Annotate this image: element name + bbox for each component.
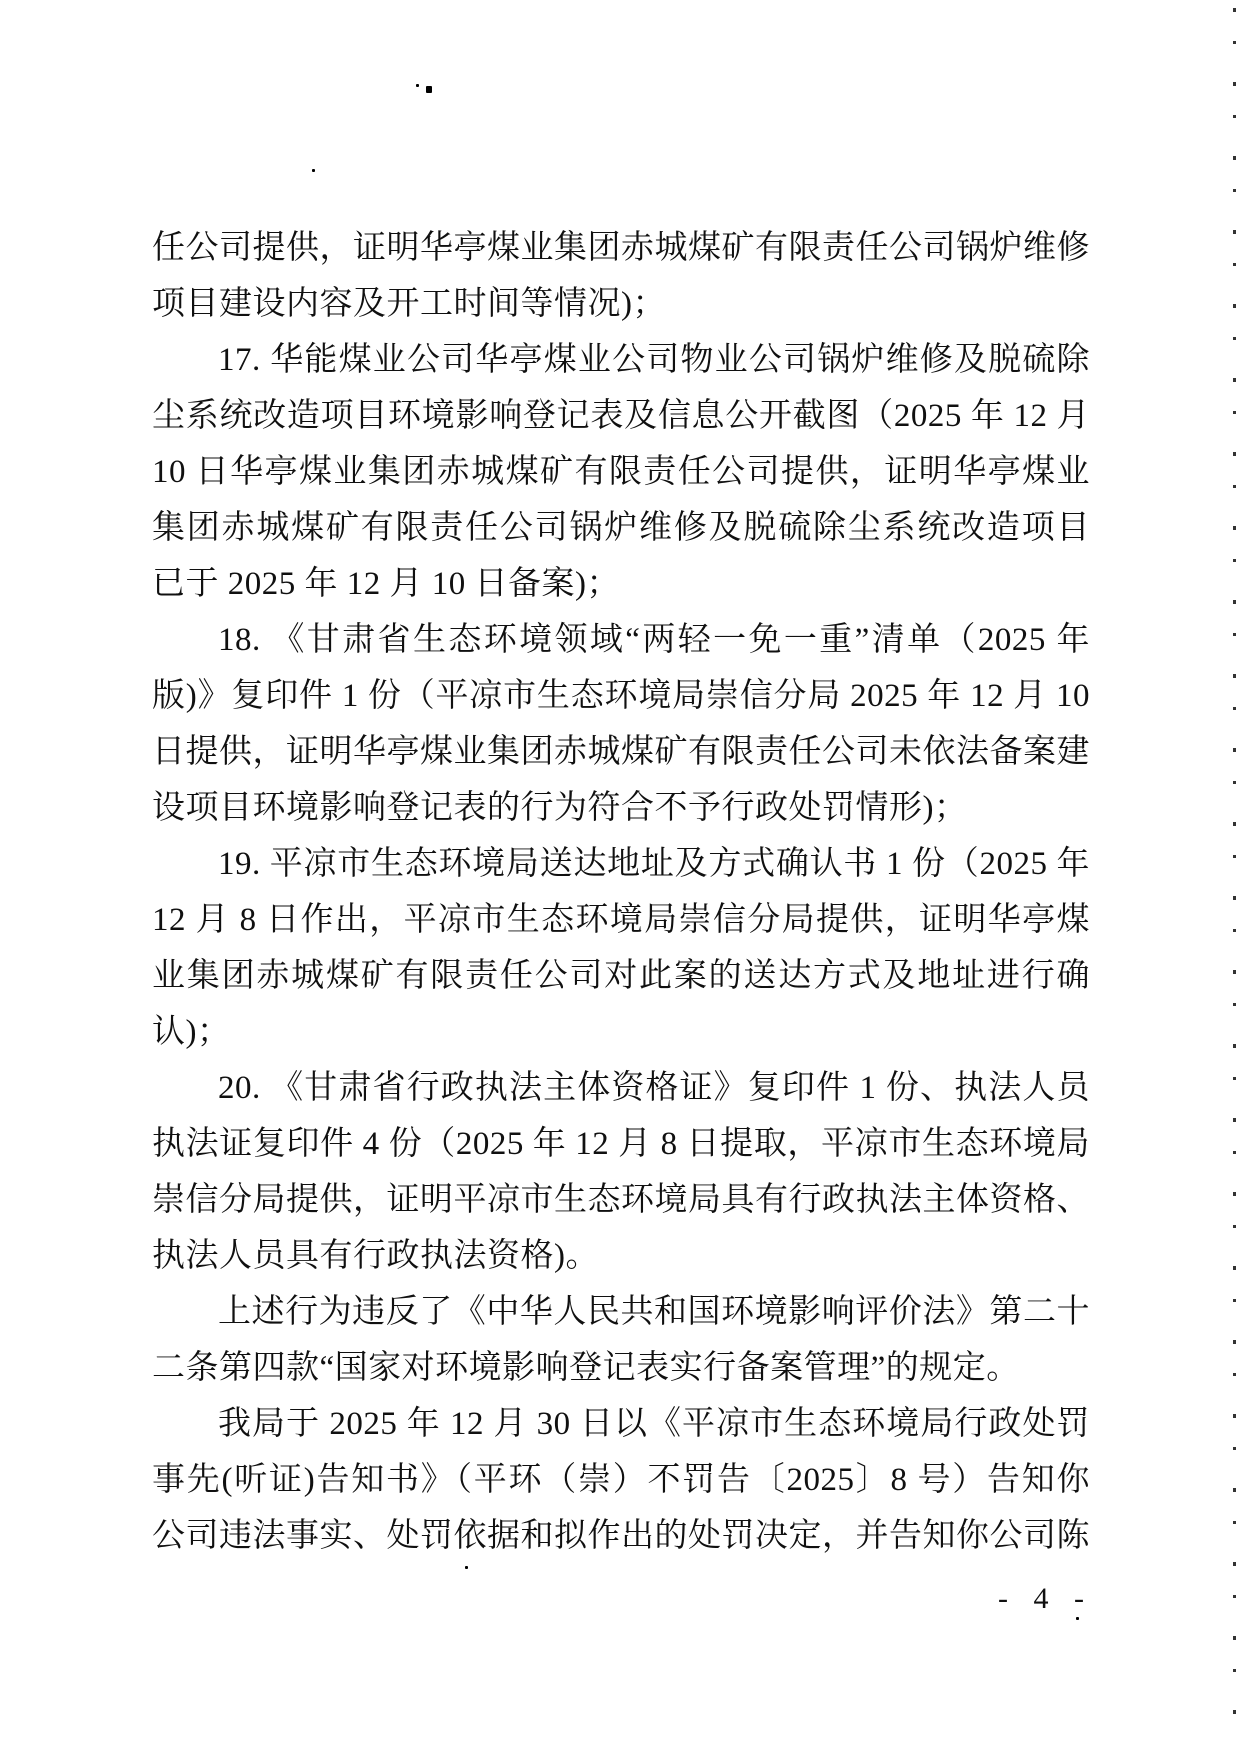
text-line: 崇信分局提供，证明平凉市生态环境局具有行政执法主体资格、	[152, 1172, 1090, 1228]
text-line: 已于 2025 年 12 月 10 日备案)；	[152, 556, 1090, 612]
text-line: 执法人员具有行政执法资格)。	[152, 1228, 1090, 1284]
scan-speckle	[465, 1566, 468, 1569]
paragraph: 19. 平凉市生态环境局送达地址及方式确认书 1 份（2025 年12 月 8 …	[152, 836, 1090, 1060]
scan-speckle	[1076, 1617, 1079, 1620]
paragraph: 上述行为违反了《中华人民共和国环境影响评价法》第二十二条第四款“国家对环境影响登…	[152, 1284, 1090, 1396]
scan-speckle	[312, 169, 315, 172]
text-line: 公司违法事实、处罚依据和拟作出的处罚决定，并告知你公司陈	[152, 1508, 1090, 1564]
text-line: 业集团赤城煤矿有限责任公司对此案的送达方式及地址进行确	[152, 948, 1090, 1004]
page-number: - 4 -	[998, 1582, 1093, 1616]
text-line: 12 月 8 日作出，平凉市生态环境局崇信分局提供，证明华亭煤	[152, 892, 1090, 948]
text-line: 项目建设内容及开工时间等情况)；	[152, 276, 1090, 332]
text-line: 19. 平凉市生态环境局送达地址及方式确认书 1 份（2025 年	[152, 836, 1090, 892]
paragraph: 任公司提供，证明华亭煤业集团赤城煤矿有限责任公司锅炉维修项目建设内容及开工时间等…	[152, 220, 1090, 332]
scan-speckle	[426, 86, 432, 93]
scan-edge-artifact	[1233, 8, 1236, 1720]
paragraph: 17. 华能煤业公司华亭煤业公司物业公司锅炉维修及脱硫除尘系统改造项目环境影响登…	[152, 332, 1090, 612]
text-line: 二条第四款“国家对环境影响登记表实行备案管理”的规定。	[152, 1340, 1090, 1396]
text-line: 10 日华亭煤业集团赤城煤矿有限责任公司提供，证明华亭煤业	[152, 444, 1090, 500]
text-line: 日提供，证明华亭煤业集团赤城煤矿有限责任公司未依法备案建	[152, 724, 1090, 780]
text-line: 任公司提供，证明华亭煤业集团赤城煤矿有限责任公司锅炉维修	[152, 220, 1090, 276]
text-line: 事先(听证)告知书》（平环（崇）不罚告〔2025〕8 号）告知你	[152, 1452, 1090, 1508]
text-line: 20. 《甘肃省行政执法主体资格证》复印件 1 份、执法人员	[152, 1060, 1090, 1116]
paragraph: 20. 《甘肃省行政执法主体资格证》复印件 1 份、执法人员执法证复印件 4 份…	[152, 1060, 1090, 1284]
text-line: 尘系统改造项目环境影响登记表及信息公开截图（2025 年 12 月	[152, 388, 1090, 444]
document-text: 任公司提供，证明华亭煤业集团赤城煤矿有限责任公司锅炉维修项目建设内容及开工时间等…	[152, 220, 1090, 1564]
paragraph: 我局于 2025 年 12 月 30 日以《平凉市生态环境局行政处罚事先(听证)…	[152, 1396, 1090, 1564]
text-line: 设项目环境影响登记表的行为符合不予行政处罚情形)；	[152, 780, 1090, 836]
text-line: 执法证复印件 4 份（2025 年 12 月 8 日提取，平凉市生态环境局	[152, 1116, 1090, 1172]
text-line: 集团赤城煤矿有限责任公司锅炉维修及脱硫除尘系统改造项目	[152, 500, 1090, 556]
text-line: 我局于 2025 年 12 月 30 日以《平凉市生态环境局行政处罚	[152, 1396, 1090, 1452]
text-line: 上述行为违反了《中华人民共和国环境影响评价法》第二十	[152, 1284, 1090, 1340]
text-line: 17. 华能煤业公司华亭煤业公司物业公司锅炉维修及脱硫除	[152, 332, 1090, 388]
text-line: 认)；	[152, 1004, 1090, 1060]
text-line: 18. 《甘肃省生态环境领域“两轻一免一重”清单（2025 年	[152, 612, 1090, 668]
text-line: 版)》复印件 1 份（平凉市生态环境局崇信分局 2025 年 12 月 10	[152, 668, 1090, 724]
paragraph: 18. 《甘肃省生态环境领域“两轻一免一重”清单（2025 年版)》复印件 1 …	[152, 612, 1090, 836]
document-page: 任公司提供，证明华亭煤业集团赤城煤矿有限责任公司锅炉维修项目建设内容及开工时间等…	[0, 0, 1242, 1754]
scan-speckle	[416, 84, 419, 87]
